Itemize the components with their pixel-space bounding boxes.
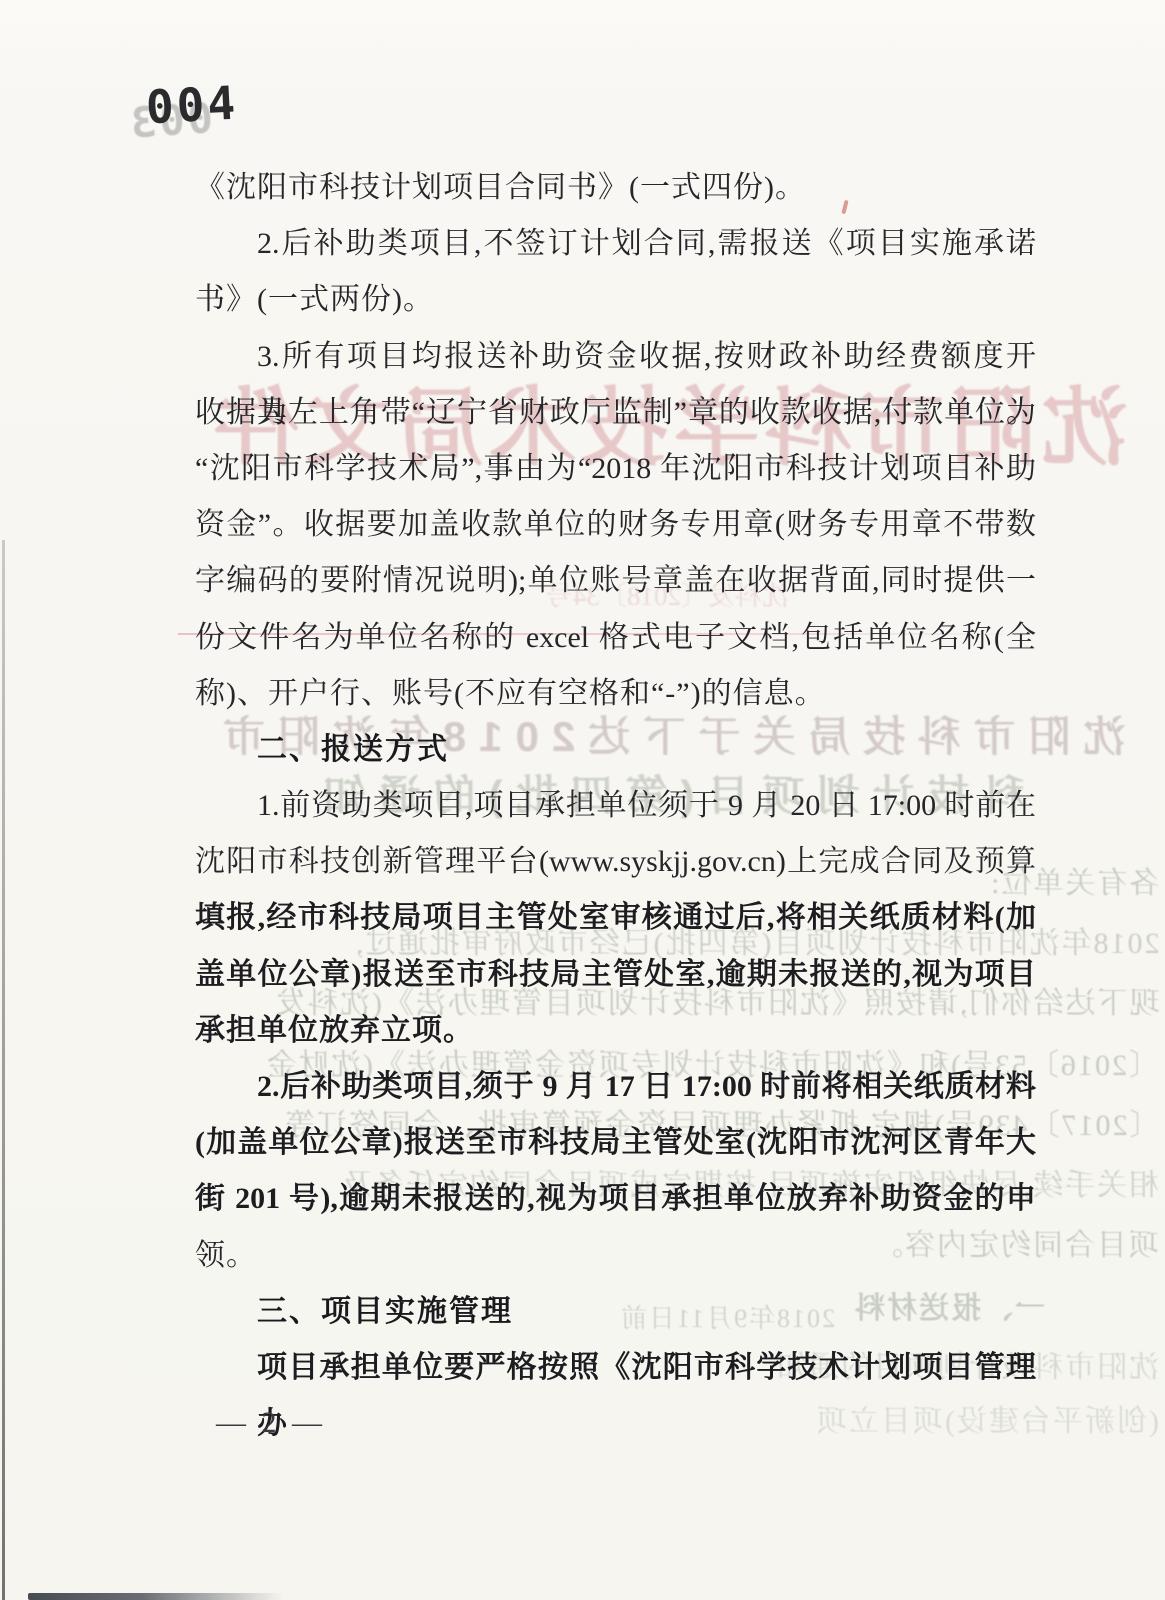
scan-edge-line <box>2 540 5 1600</box>
text-line: 填报,经市科技局项目主管处室审核通过后,将相关纸质材料(加 <box>195 890 1036 946</box>
text-line: 街 201 号),逾期未报送的,视为项目承担单位放弃补助资金的申 <box>195 1171 1036 1227</box>
text-line: 《沈阳市科技计划项目合同书》(一式四份)。 <box>195 160 1036 216</box>
document-text: 《沈阳市科技计划项目合同书》(一式四份)。2.后补助类项目,不签订计划合同,需报… <box>195 160 1036 1396</box>
bleed-text-line: (创新平台建设)项目立项 <box>815 1396 1159 1440</box>
text-line: 字编码的要附情况说明);单位账号章盖在收据背面,同时提供一 <box>195 553 1036 609</box>
text-line: “沈阳市科学技术局”,事由为“2018 年沈阳市科技计划项目补助 <box>195 441 1036 497</box>
page-footer: — 2 — <box>216 1406 326 1440</box>
text-line: 收据为左上角带“辽宁省财政厅监制”章的收款收据,付款单位为 <box>195 385 1036 441</box>
text-line: 资金”。收据要加盖收款单位的财务专用章(财务专用章不带数 <box>195 497 1036 553</box>
text-line: (加盖单位公章)报送至市科技局主管处室(沈阳市沈河区青年大 <box>195 1115 1036 1171</box>
scan-bottom-strip <box>28 1593 283 1600</box>
text-line: 二、报送方式 <box>195 722 1036 778</box>
text-line: 三、项目实施管理 <box>195 1284 1036 1340</box>
text-line: 承担单位放弃立项。 <box>195 1003 1036 1059</box>
text-line: 1.前资助类项目,项目承担单位须于 9 月 20 日 17:00 时前在 <box>195 778 1036 834</box>
text-line: 书》(一式两份)。 <box>195 272 1036 328</box>
text-line: 称)、开户行、账号(不应有空格和“-”)的信息。 <box>195 666 1036 722</box>
text-line: 盖单位公章)报送至市科技局主管处室,逾期未报送的,视为项目 <box>195 947 1036 1003</box>
text-line: 项目承担单位要严格按照《沈阳市科学技术计划项目管理办 <box>195 1340 1036 1396</box>
text-line: 2.后补助类项目,须于 9 月 17 日 17:00 时前将相关纸质材料 <box>195 1059 1036 1115</box>
text-line: 3.所有项目均报送补助资金收据,按财政补助经费额度开具。 <box>195 329 1036 385</box>
page-stamp: 004 <box>145 76 240 135</box>
text-line: 沈阳市科技创新管理平台(www.syskjj.gov.cn)上完成合同及预算 <box>195 834 1036 890</box>
scanned-page: 沈阳市科学技术局文件 沈科发〔2018〕34号 沈阳市科技局关于下达2018年沈… <box>0 0 1165 1600</box>
text-line: 2.后补助类项目,不签订计划合同,需报送《项目实施承诺 <box>195 216 1036 272</box>
text-line: 份文件名为单位名称的 excel 格式电子文档,包括单位名称(全 <box>195 610 1036 666</box>
text-line: 领。 <box>195 1228 1036 1284</box>
